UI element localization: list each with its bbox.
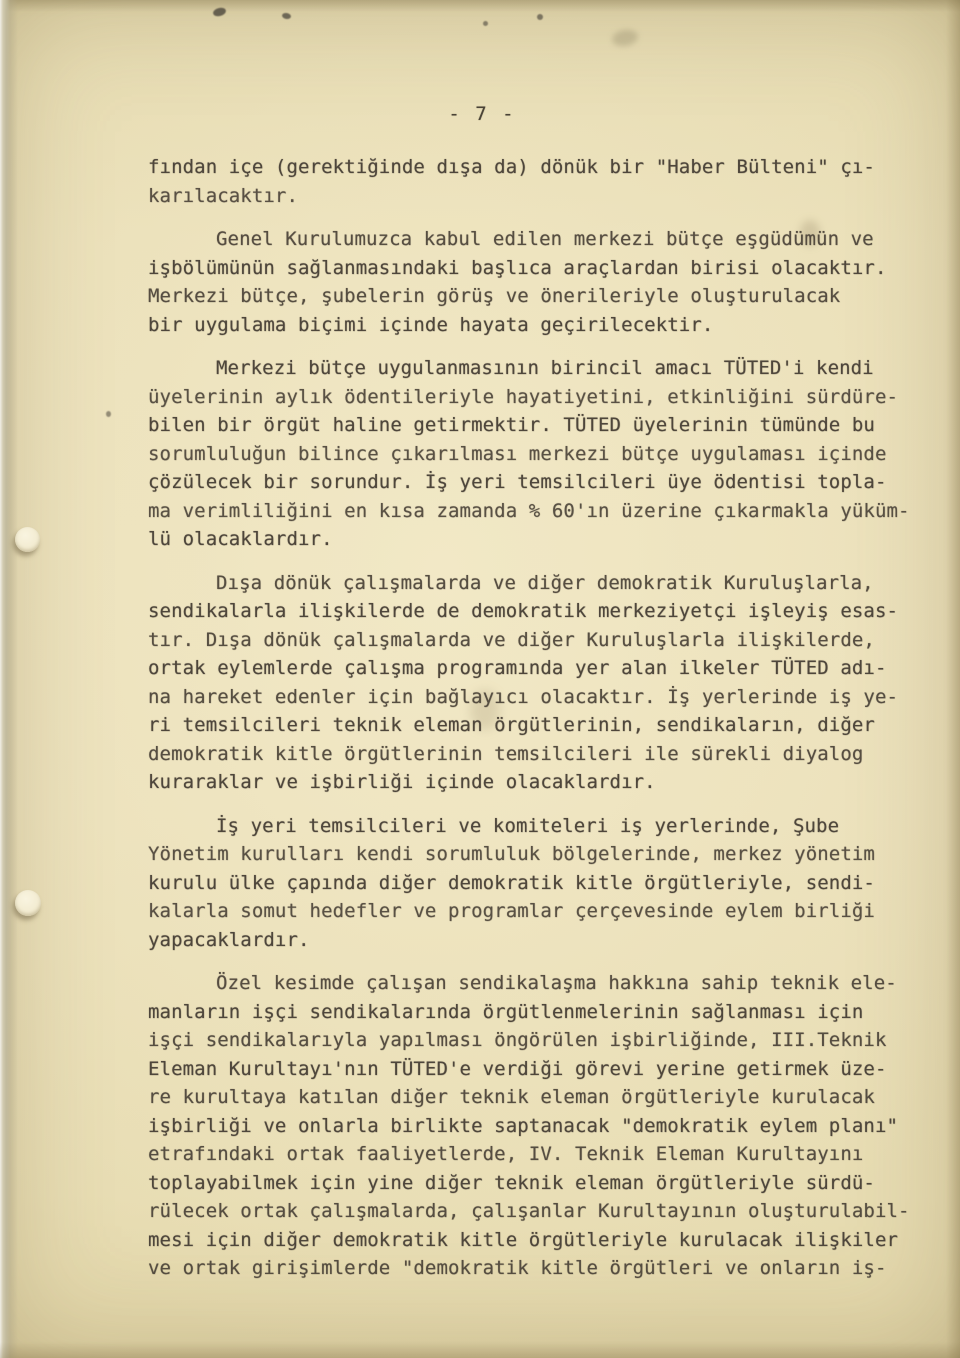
text-line: işbirliği ve onlarla birlikte saptanacak… [148, 1112, 928, 1141]
scanned-document-page: - 7 - fından içe (gerektiğinde dışa da) … [0, 0, 960, 1358]
text-line: bilen bir örgüt haline getirmektir. TÜTE… [148, 411, 928, 440]
text-line: Merkezi bütçe, şubelerin görüş ve öneril… [148, 282, 928, 311]
text-line: işçi sendikalarıyla yapılması öngörülen … [148, 1026, 928, 1055]
text-line: fından içe (gerektiğinde dışa da) dönük … [148, 153, 928, 182]
paragraph: Dışa dönük çalışmalarda ve diğer demokra… [148, 569, 928, 797]
text-line: kurulu ülke çapında diğer demokratik kit… [148, 869, 928, 898]
hole-punch [15, 890, 41, 916]
scan-edge-bottom [0, 1342, 960, 1358]
text-line: mesi için diğer demokratik kitle örgütle… [148, 1226, 928, 1255]
ink-speck [537, 14, 543, 20]
text-line: demokratik kitle örgütlerinin temsilcile… [148, 740, 928, 769]
text-line: üyelerinin aylık ödentileriyle hayatiyet… [148, 383, 928, 412]
ink-speck [106, 411, 111, 417]
text-line: kuraraklar ve işbirliği içinde olacaklar… [148, 768, 928, 797]
text-line: Genel Kurulumuzca kabul edilen merkezi b… [148, 225, 928, 254]
text-line: ma verimliliğini en kısa zamanda % 60'ın… [148, 497, 928, 526]
ink-speck [282, 12, 292, 19]
text-line: manların işçi sendikalarında örgütlenmel… [148, 998, 928, 1027]
text-line: na hareket edenler için bağlayıcı olacak… [148, 683, 928, 712]
text-line: işbölümünün sağlanmasındaki başlıca araç… [148, 254, 928, 283]
text-line: toplayabilmek için yine diğer teknik ele… [148, 1169, 928, 1198]
text-line: yapacaklardır. [148, 926, 928, 955]
text-line: sendikalarla ilişkilerde de demokratik m… [148, 597, 928, 626]
hole-punch [15, 527, 40, 552]
text-line: karılacaktır. [148, 182, 928, 211]
document-body: fından içe (gerektiğinde dışa da) dönük … [148, 153, 928, 1283]
text-line: lü olacaklardır. [148, 525, 928, 554]
text-line: tır. Dışa dönük çalışmalarda ve diğer Ku… [148, 626, 928, 655]
text-line: İş yeri temsilcileri ve komiteleri iş ye… [148, 812, 928, 841]
text-line: bir uygulama biçimi içinde hayata geçiri… [148, 311, 928, 340]
text-line: ve ortak girişimlerde "demokratik kitle … [148, 1254, 928, 1283]
paragraph: fından içe (gerektiğinde dışa da) dönük … [148, 153, 928, 210]
scan-edge-right [946, 0, 960, 1358]
text-line: rülecek ortak çalışmalarda, çalışanlar K… [148, 1197, 928, 1226]
paragraph: İş yeri temsilcileri ve komiteleri iş ye… [148, 812, 928, 955]
text-line: Eleman Kurultayı'nın TÜTED'e verdiği gör… [148, 1055, 928, 1084]
paragraph: Özel kesimde çalışan sendikalaşma hakkın… [148, 969, 928, 1283]
text-line: Özel kesimde çalışan sendikalaşma hakkın… [148, 969, 928, 998]
text-line: re kurultaya katılan diğer teknik eleman… [148, 1083, 928, 1112]
text-line: Yönetim kurulları kendi sorumluluk bölge… [148, 840, 928, 869]
text-line: Merkezi bütçe uygulanmasının birincil am… [148, 354, 928, 383]
text-line: ortak eylemlerde çalışma programında yer… [148, 654, 928, 683]
paragraph: Merkezi bütçe uygulanmasının birincil am… [148, 354, 928, 554]
scan-edge-top [0, 0, 960, 12]
text-line: kalarla somut hedefler ve programlar çer… [148, 897, 928, 926]
text-line: ri temsilcileri teknik eleman örgütlerin… [148, 711, 928, 740]
ink-speck [483, 21, 488, 26]
text-line: çözülecek bir sorundur. İş yeri temsilci… [148, 468, 928, 497]
paragraph: Genel Kurulumuzca kabul edilen merkezi b… [148, 225, 928, 339]
text-line: Dışa dönük çalışmalarda ve diğer demokra… [148, 569, 928, 598]
text-line: sorumluluğun bilince çıkarılması merkezi… [148, 440, 928, 469]
scan-edge-left [0, 0, 18, 1358]
paper-smudge [611, 28, 639, 48]
page-number: - 7 - [0, 103, 960, 125]
text-line: etrafındaki ortak faaliyetlerde, IV. Tek… [148, 1140, 928, 1169]
